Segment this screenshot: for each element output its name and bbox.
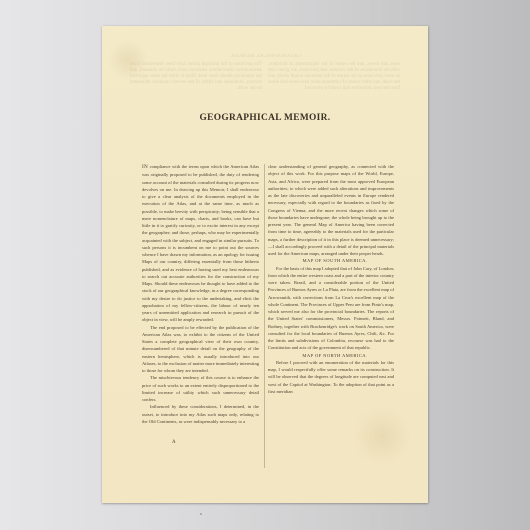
paragraph: The mischievous tendency of this course … — [142, 374, 259, 403]
column-rule — [264, 164, 265, 468]
paragraph: Influenced by these considerations, I de… — [142, 403, 259, 425]
bleed-right-text: The positions of the principal points ha… — [130, 62, 262, 92]
paragraph-text: The mischievous tendency of this course … — [142, 375, 259, 402]
bleed-running-head: GEOGRAPHICAL MEMOIR. — [130, 54, 400, 60]
paragraph-text: Before I proceed with an enumeration of … — [268, 360, 394, 394]
paper-blemish — [200, 513, 202, 515]
paragraph-text: The end proposed to be effected by the p… — [142, 325, 259, 374]
paragraph: The end proposed to be effected by the p… — [142, 324, 259, 375]
signature-mark: A — [172, 440, 176, 445]
paragraph: For the basis of this map I adopted that… — [268, 265, 394, 352]
bleed-left-text: seats and towns, and the extent of the d… — [268, 62, 400, 92]
paragraph-text: compliance with the terms upon which the… — [142, 164, 259, 322]
right-column: clear understanding of general geography… — [268, 163, 394, 395]
paper-stain — [352, 406, 412, 466]
bleed-through-text: GEOGRAPHICAL MEMOIR. seats and towns, an… — [130, 54, 400, 98]
paragraph: clear understanding of general geography… — [268, 163, 394, 257]
paragraph-text: For the basis of this map I adopted that… — [268, 266, 394, 351]
left-column: IN compliance with the terms upon which … — [142, 163, 259, 425]
section-heading: MAP OF NORTH AMERICA. — [268, 352, 394, 359]
paragraph-text: Influenced by these considerations, I de… — [142, 404, 259, 424]
paragraph-text: clear understanding of general geography… — [268, 164, 394, 256]
section-heading: MAP OF SOUTH AMERICA. — [268, 257, 394, 264]
paragraph: Before I proceed with an enumeration of … — [268, 359, 394, 395]
paragraph: IN compliance with the terms upon which … — [142, 163, 259, 324]
document-page: GEOGRAPHICAL MEMOIR. seats and towns, an… — [102, 26, 428, 503]
page-title: GEOGRAPHICAL MEMOIR. — [102, 113, 428, 123]
